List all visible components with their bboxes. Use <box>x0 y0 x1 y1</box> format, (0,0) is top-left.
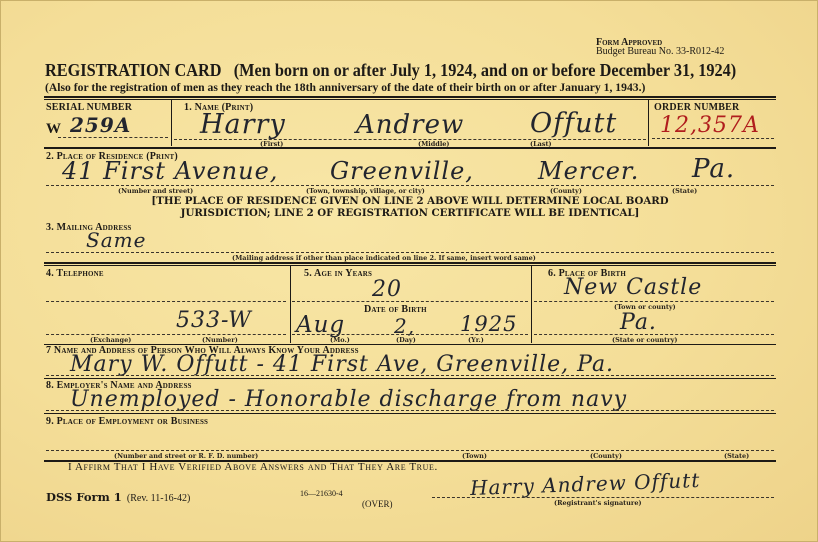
residence-line <box>46 185 774 186</box>
contact-line <box>46 375 774 376</box>
over-label: (OVER) <box>362 499 393 509</box>
form-revision: (Rev. 11-16-42) <box>127 493 190 504</box>
serial-number-label: SERIAL NUMBER <box>46 102 132 113</box>
form-name: DSS Form 1 <box>46 490 122 504</box>
employer-line <box>46 410 774 411</box>
month-caption: (Mo.) <box>330 336 350 344</box>
divider <box>290 265 291 343</box>
divider <box>44 96 776 98</box>
day-caption: (Day) <box>396 336 416 344</box>
affirmation-text: I Affirm That I Have Verified Above Answ… <box>68 461 438 473</box>
notice-line-1: [THE PLACE OF RESIDENCE GIVEN ON LINE 2 … <box>44 195 776 207</box>
name-line <box>174 139 646 140</box>
birth-state-caption: (State or country) <box>612 336 677 344</box>
exchange-caption: (Exchange) <box>90 336 131 344</box>
registrant-signature: Harry Andrew Offutt <box>470 468 701 500</box>
order-number-value: 12,357A <box>660 113 760 138</box>
residence-street-value: 41 First Avenue, <box>62 157 278 185</box>
signature-caption: (Registrant's signature) <box>554 499 642 507</box>
age-label: 5. Age in Years <box>304 268 372 279</box>
divider <box>44 378 776 379</box>
order-number-label: ORDER NUMBER <box>654 102 739 113</box>
first-name-value: Harry <box>200 109 286 140</box>
serial-line <box>58 137 168 138</box>
divider <box>44 413 776 414</box>
telephone-line <box>46 301 286 302</box>
divider <box>44 147 776 149</box>
birth-town-value: New Castle <box>564 275 702 300</box>
residence-town-value: Greenville, <box>330 157 474 185</box>
form-id: DSS Form 1 (Rev. 11-16-42) <box>46 486 190 505</box>
residence-county-value: Mercer. <box>538 157 639 185</box>
state-caption: (State) <box>672 187 697 195</box>
age-line <box>292 301 528 302</box>
serial-number-value: 259A <box>70 113 131 137</box>
employer-value: Unemployed - Honorable discharge from na… <box>70 387 627 412</box>
town-caption: (Town, township, village, or city) <box>306 187 425 195</box>
mailing-line <box>46 252 774 253</box>
title-criteria: (Men born on or after July 1, 1924, and … <box>234 60 737 80</box>
employment-county-caption: (County) <box>590 452 622 460</box>
divider <box>44 99 776 100</box>
serial-prefix: W <box>46 121 61 138</box>
number-caption: (Number) <box>202 336 238 344</box>
last-name-value: Offutt <box>530 108 617 139</box>
form-title: REGISTRATION CARD (Men born on or after … <box>45 60 736 81</box>
age-value: 20 <box>372 277 402 302</box>
employment-town-caption: (Town) <box>462 452 487 460</box>
birth-state-value: Pa. <box>620 310 657 335</box>
divider <box>44 262 776 264</box>
employment-place-label: 9. Place of Employment or Business <box>46 416 208 427</box>
telephone-label: 4. Telephone <box>46 268 104 279</box>
birth-year-value: 1925 <box>460 312 517 336</box>
dob-line <box>292 334 528 335</box>
order-line <box>652 138 774 139</box>
divider <box>44 265 776 266</box>
telephone-number-line <box>46 334 286 335</box>
notice-line-2: JURISDICTION; LINE 2 OF REGISTRATION CER… <box>44 207 776 219</box>
county-caption: (County) <box>550 187 582 195</box>
residence-state-value: Pa. <box>692 154 735 184</box>
divider <box>531 265 532 343</box>
telephone-number-value: 533-W <box>176 308 252 333</box>
employment-street-caption: (Number and street or R. F. D. number) <box>114 452 258 460</box>
mailing-caption: (Mailing address if other than place ind… <box>232 254 536 262</box>
employment-state-caption: (State) <box>724 452 749 460</box>
jurisdiction-notice: [THE PLACE OF RESIDENCE GIVEN ON LINE 2 … <box>44 195 776 219</box>
mailing-address-value: Same <box>86 228 146 252</box>
middle-name-value: Andrew <box>356 110 464 140</box>
divider <box>171 100 172 146</box>
birth-state-line <box>534 334 774 335</box>
contact-person-value: Mary W. Offutt - 41 First Ave, Greenvill… <box>70 352 614 377</box>
budget-bureau-number: Budget Bureau No. 33-R012-42 <box>596 46 724 57</box>
title-text: REGISTRATION CARD <box>45 60 221 80</box>
birth-town-line <box>534 301 774 302</box>
street-caption: (Number and street) <box>118 187 193 195</box>
year-caption: (Yr.) <box>468 336 484 344</box>
divider <box>648 100 649 146</box>
registration-card: Form Approved Budget Bureau No. 33-R012-… <box>0 0 818 542</box>
employment-place-line <box>46 450 774 451</box>
form-subtitle: (Also for the registration of men as the… <box>45 80 645 95</box>
signature-line <box>432 497 774 498</box>
print-code: 16—21630-4 <box>300 489 343 498</box>
